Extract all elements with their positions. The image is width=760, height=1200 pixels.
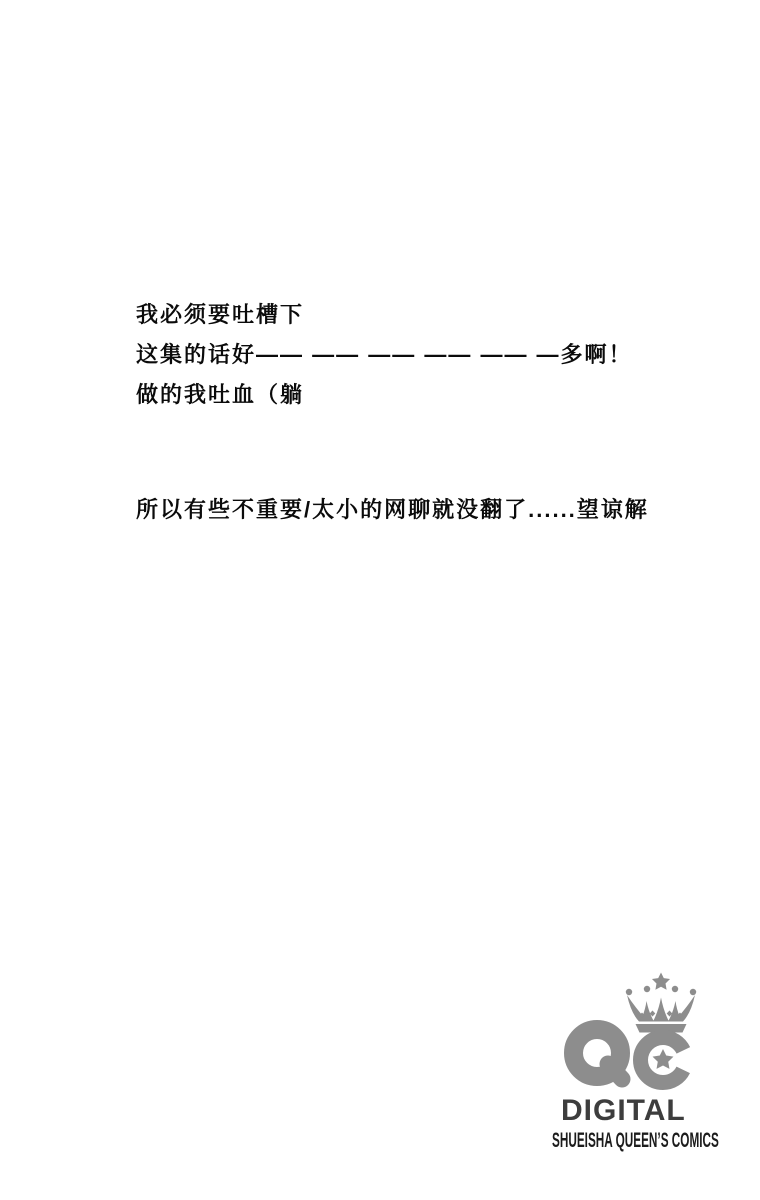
qc-monogram-mark bbox=[550, 963, 720, 1098]
crown-dot-icon bbox=[690, 989, 696, 995]
crown-dot-icon bbox=[644, 986, 650, 992]
author-note-secondary: 所以有些不重要/太小的网聊就没翻了......望谅解 bbox=[136, 490, 649, 530]
crown-dot-icon bbox=[626, 989, 632, 995]
logo-imprint-label: SHUEISHA QUEEN’S COMICS bbox=[552, 1130, 719, 1151]
publisher-logo: DIGITAL SHUEISHA QUEEN’S COMICS bbox=[550, 963, 740, 1173]
crown-icon bbox=[626, 973, 696, 1033]
c-letter-shape bbox=[641, 1038, 686, 1083]
crown-dot-icon bbox=[672, 986, 678, 992]
note-line-1: 我必须要吐槽下 bbox=[136, 295, 633, 335]
star-icon bbox=[652, 973, 670, 990]
author-note-primary: 我必须要吐槽下 这集的话好—— —— —— —— —— —多啊！ 做的我吐血（躺 bbox=[136, 295, 633, 415]
note-line-2: 这集的话好—— —— —— —— —— —多啊！ bbox=[136, 335, 633, 375]
logo-digital-label: DIGITAL bbox=[561, 1096, 686, 1126]
note-line-3: 做的我吐血（躺 bbox=[136, 375, 633, 415]
c-star-icon bbox=[653, 1049, 674, 1069]
q-letter-shape bbox=[574, 1030, 623, 1080]
